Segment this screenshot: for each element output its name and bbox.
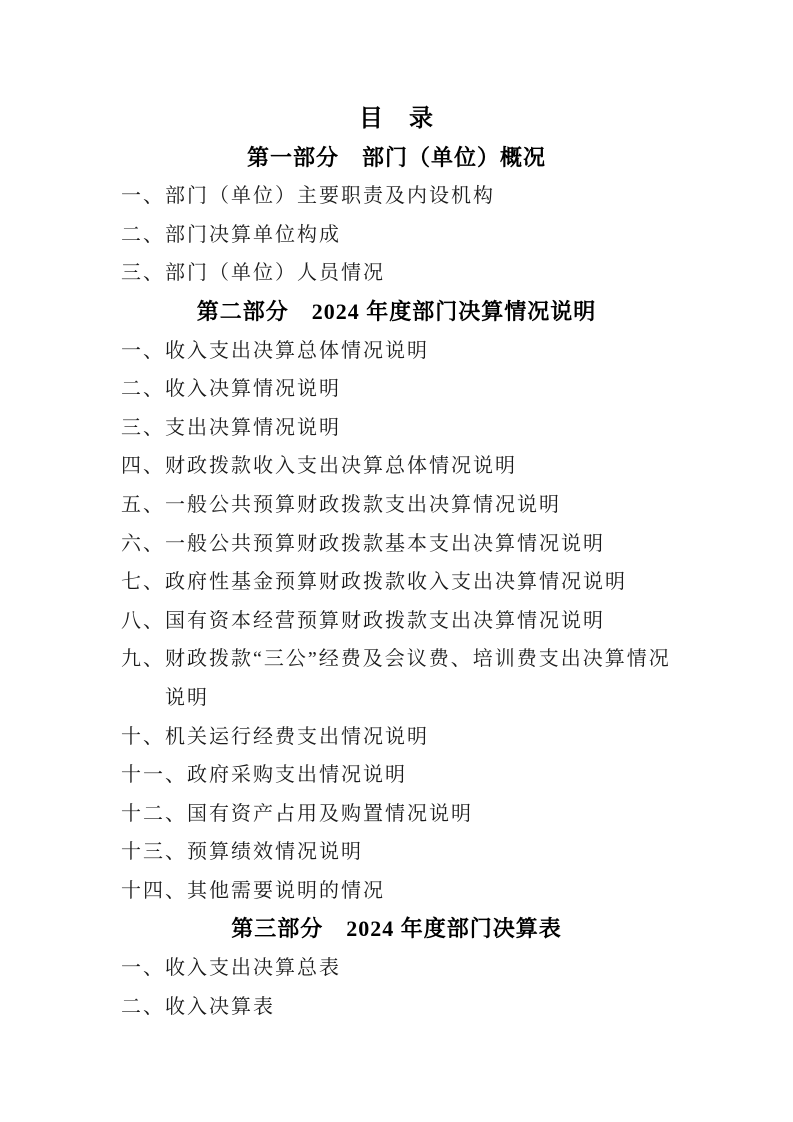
toc-entry-part2-item4: 四、财政拨款收入支出决算总体情况说明: [0, 447, 793, 486]
toc-entry-part1-item1: 一、部门（单位）主要职责及内设机构: [0, 177, 793, 216]
document-page: 目 录 第一部分 部门（单位）概况 一、部门（单位）主要职责及内设机构 二、部门…: [0, 0, 793, 1122]
toc-entry-part1-item2: 二、部门决算单位构成: [0, 216, 793, 255]
toc-entry-part2-item3: 三、支出决算情况说明: [0, 409, 793, 448]
toc-entry-part2-item6: 六、一般公共预算财政拨款基本支出决算情况说明: [0, 525, 793, 564]
section-heading-part1: 第一部分 部门（单位）概况: [0, 139, 793, 178]
toc-title: 目 录: [0, 100, 793, 139]
toc-entry-part2-item9: 九、财政拨款“三公”经费及会议费、培训费支出决算情况: [0, 640, 793, 679]
section-heading-part2: 第二部分 2024 年度部门决算情况说明: [0, 293, 793, 332]
toc-entry-part2-item9-continuation: 说明: [0, 679, 793, 718]
toc-entry-part2-item11: 十一、政府采购支出情况说明: [0, 756, 793, 795]
toc-entry-part2-item7: 七、政府性基金预算财政拨款收入支出决算情况说明: [0, 563, 793, 602]
toc-entry-part2-item2: 二、收入决算情况说明: [0, 370, 793, 409]
toc-entry-part1-item3: 三、部门（单位）人员情况: [0, 254, 793, 293]
section-heading-part3: 第三部分 2024 年度部门决算表: [0, 910, 793, 949]
toc-entry-part3-item1: 一、收入支出决算总表: [0, 949, 793, 988]
toc-entry-part2-item5: 五、一般公共预算财政拨款支出决算情况说明: [0, 486, 793, 525]
toc-entry-part2-item8: 八、国有资本经营预算财政拨款支出决算情况说明: [0, 602, 793, 641]
table-of-contents: 目 录 第一部分 部门（单位）概况 一、部门（单位）主要职责及内设机构 二、部门…: [0, 0, 793, 1026]
toc-entry-part2-item12: 十二、国有资产占用及购置情况说明: [0, 795, 793, 834]
toc-entry-part2-item10: 十、机关运行经费支出情况说明: [0, 718, 793, 757]
toc-entry-part2-item1: 一、收入支出决算总体情况说明: [0, 332, 793, 371]
toc-entry-part2-item14: 十四、其他需要说明的情况: [0, 872, 793, 911]
toc-entry-part2-item13: 十三、预算绩效情况说明: [0, 833, 793, 872]
toc-entry-part3-item2: 二、收入决算表: [0, 988, 793, 1027]
